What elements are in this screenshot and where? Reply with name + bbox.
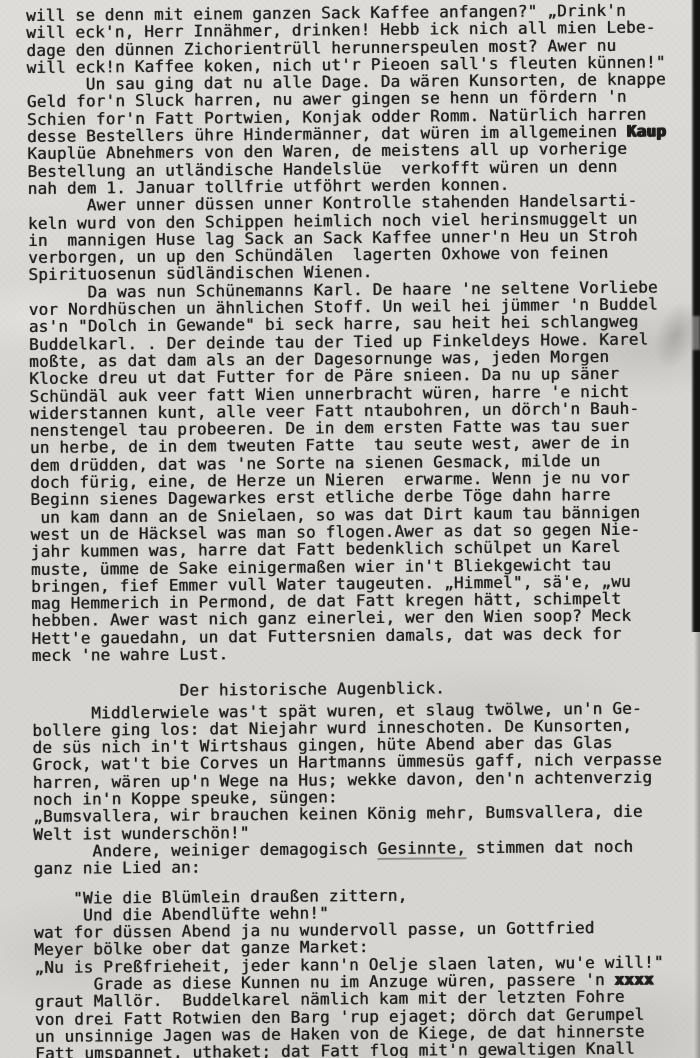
overstruck-text: Kaup — [627, 121, 667, 140]
scan-edge-gap — [690, 316, 700, 350]
page-text: will se denn mit einem ganzen Sack Kaffe… — [26, 1, 700, 1058]
text-run: Andere, weiniger demagogisch — [33, 839, 377, 861]
scan-edge-shadow — [694, 632, 700, 1058]
text-run: stimmen dat noch — [466, 837, 633, 857]
overstruck-text: xxxx — [615, 970, 655, 989]
text-run: Der historische Augenblick. — [32, 679, 445, 702]
text-run: ganz nie Lied an: — [33, 858, 200, 878]
scanned-page: { "page": { "kind": "typewritten-scan", … — [0, 0, 700, 1058]
underlined-word: Gesinnte, — [377, 838, 466, 860]
text-run: meck 'ne wahre Lust. — [32, 644, 229, 665]
section-heading: Der historische Augenblick. — [32, 677, 700, 700]
